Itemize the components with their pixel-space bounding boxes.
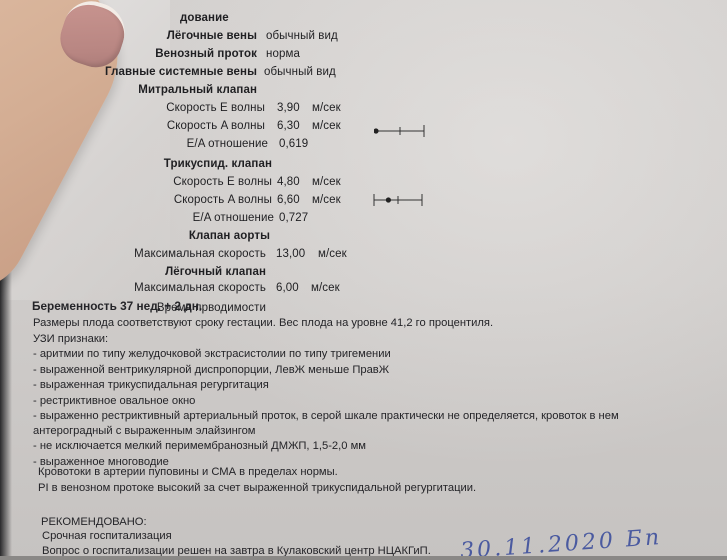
row-label: Максимальная скорость — [134, 248, 266, 260]
row-label: Максимальная скорость — [134, 282, 266, 294]
row-value: 0,727 — [279, 212, 308, 224]
row-unit: м/сек — [312, 102, 341, 114]
bottom-edge — [0, 556, 727, 560]
row-unit: м/сек — [312, 194, 341, 206]
section-label: Лёгочный клапан — [165, 266, 266, 278]
row-label: E/A отношение — [187, 138, 268, 150]
section-heading: дование — [180, 12, 229, 24]
finding-line: - не исключается мелкий перимембранозный… — [33, 440, 366, 452]
row-unit: м/сек — [311, 282, 340, 294]
reference-range-indicator — [372, 193, 426, 207]
row-label: Главные системные вены — [105, 66, 257, 78]
pregnancy-term: Беременность 37 нед. + 2 дн. — [32, 299, 202, 313]
row-unit: м/сек — [312, 120, 341, 132]
row-unit: м/сек — [312, 176, 341, 188]
row-value: 0,619 — [279, 138, 308, 150]
row-value: обычный вид — [266, 30, 338, 42]
paper-edge-shadow — [0, 270, 12, 560]
row-label: Скорость E волны — [173, 176, 272, 188]
row-label: Венозный проток — [155, 48, 257, 60]
recommendation-title: РЕКОМЕНДОВАНО: — [41, 516, 147, 528]
row-label: Скорость E волны — [166, 102, 265, 114]
row-label: Лёгочные вены — [167, 30, 257, 42]
finding-line: антероградный с выраженным элайзингом — [33, 425, 256, 437]
row-label: E/A отношение — [193, 212, 274, 224]
finding-line: - аритмии по типу желудочковой экстрасис… — [33, 348, 391, 360]
section-label: Клапан аорты — [189, 230, 270, 242]
row-value: 6,30 — [277, 120, 300, 132]
row-value: обычный вид — [264, 66, 336, 78]
row-value: норма — [266, 48, 300, 60]
recommendation-line: Срочная госпитализация — [42, 530, 172, 542]
reference-range-indicator — [374, 124, 428, 138]
row-value: 3,90 — [277, 102, 300, 114]
section-label: Трикуспид. клапан — [164, 158, 272, 170]
row-label: Скорость A волны — [174, 194, 272, 206]
finding-line: - выраженной вентрикулярной диспропорции… — [33, 364, 389, 376]
finding-line: - выраженно рестриктивный артериальный п… — [33, 410, 619, 422]
row-value: 6,00 — [276, 282, 299, 294]
finding-line: - рестриктивное овальное окно — [33, 395, 195, 407]
section-label: Митральный клапан — [138, 84, 257, 96]
finding-line: - выраженная трикуспидальная регургитаци… — [33, 379, 269, 391]
row-value: 4,80 — [277, 176, 300, 188]
flow-line: Кровотоки в артерии пуповины и СМА в пре… — [38, 466, 338, 478]
row-unit: м/сек — [318, 248, 347, 260]
row-label: Скорость A волны — [167, 120, 265, 132]
row-value: 13,00 — [276, 248, 305, 260]
row-value: 6,60 — [277, 194, 300, 206]
finding-line: Размеры плода соответствуют сроку гестац… — [33, 317, 493, 329]
flow-line: PI в венозном протоке высокий за счет вы… — [38, 482, 476, 494]
finding-line: УЗИ признаки: — [33, 333, 108, 345]
